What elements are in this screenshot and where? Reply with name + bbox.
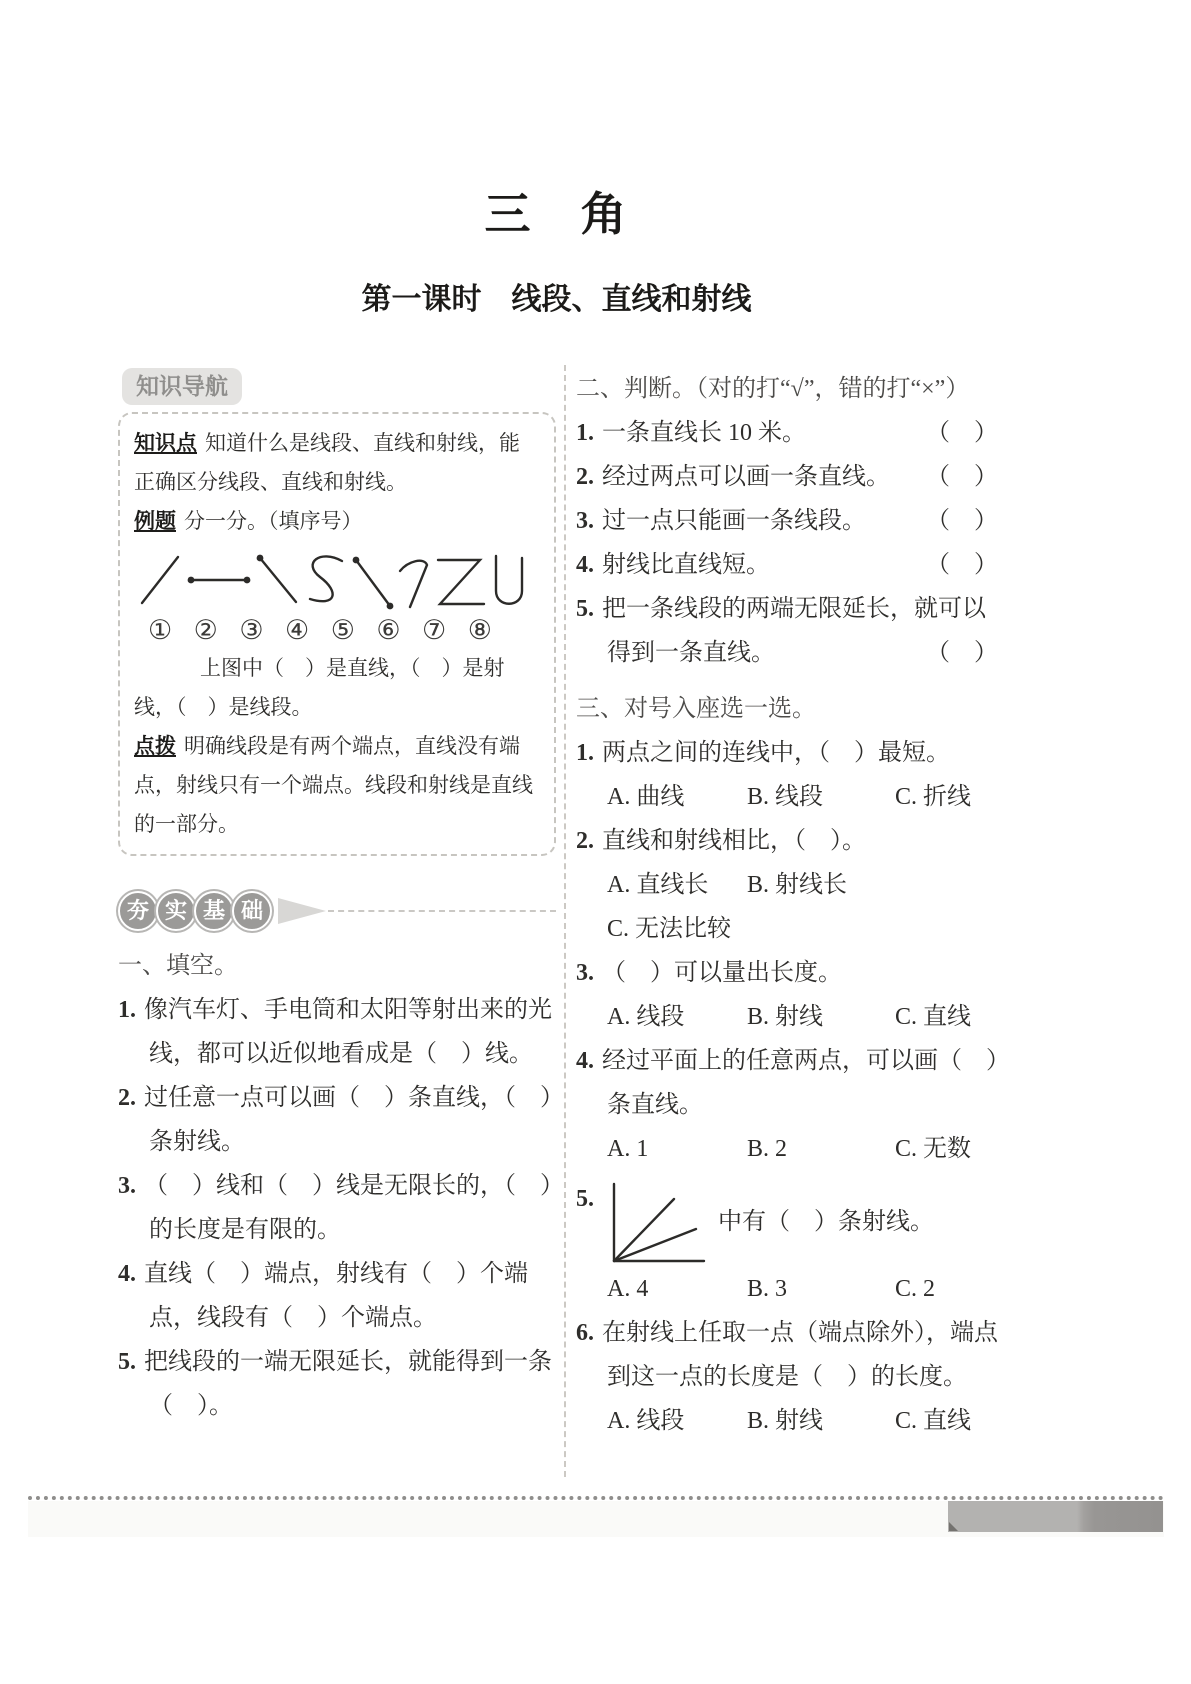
page-header: 三 角 第一课时 线段、直线和射线 [118, 178, 995, 318]
fill-item-text: 直线（ ）端点，射线有（ ）个端点，线段有（ ）个端点。 [144, 1261, 528, 1331]
choice-item-number: 2. [576, 828, 594, 854]
fill-item: 3.（ ）线和（ ）线是无限长的，（ ）的长度是有限的。 [118, 1164, 556, 1252]
choice-item-number: 6. [576, 1320, 594, 1346]
example-line: 例题分一分。（填序号） [134, 502, 540, 541]
example-text: 分一分。（填序号） [184, 509, 363, 533]
knowledge-box: 知识点知道什么是线段、直线和射线，能正确区分线段、直线和射线。 例题分一分。（填… [118, 412, 556, 856]
fill-item-number: 4. [118, 1261, 136, 1287]
tip: 点拨明确线段是有两个端点，直线没有端点，射线只有一个端点。线段和射线是直线的一部… [134, 727, 540, 844]
foundation-dashed-line [328, 910, 556, 912]
foundation-badge-char: 实 [156, 891, 196, 931]
fill-section-header: 一、填空。 [118, 944, 556, 988]
judge-section-header: 二、判断。（对的打“√”，错的打“×”） [576, 367, 1000, 411]
choice-item: 4.经过平面上的任意两点，可以画（ ）条直线。 [576, 1039, 1000, 1127]
choice-options: A. 线段 B. 射线 C. 直线 [576, 995, 1000, 1039]
z-shape-figure [438, 560, 484, 604]
workbook-page: 三 角 第一课时 线段、直线和射线 知识导航 知识点知道什么是线段、直线和射线，… [0, 0, 1191, 1684]
choice-item-text: 中有（ ）条射线。 [718, 1200, 934, 1244]
fill-item-number: 3. [118, 1173, 136, 1199]
fill-item: 2.过任意一点可以画（ ）条直线，（ ）条射线。 [118, 1076, 556, 1164]
u-curve-figure [496, 556, 522, 604]
choice-item: 1.两点之间的连线中，（ ）最短。 [576, 731, 1000, 775]
foundation-badge-char: 基 [194, 891, 234, 931]
choice-option: B. 射线 [747, 995, 895, 1039]
footer-dotted-line [28, 1496, 1164, 1500]
figure-number: ② [194, 613, 218, 647]
choice-option: B. 2 [747, 1127, 895, 1171]
judge-item: 2.经过两点可以画一条直线。（ ） [576, 455, 1000, 499]
choice-item: 5. 中有（ ）条射线。 [576, 1177, 1000, 1267]
choice-option: C. 无数 [895, 1127, 1000, 1171]
fill-item-number: 5. [118, 1349, 136, 1375]
choice-options: A. 线段 B. 射线 C. 直线 [576, 1399, 1000, 1443]
fill-item: 4.直线（ ）端点，射线有（ ）个端点，线段有（ ）个端点。 [118, 1252, 556, 1340]
fill-item: 1.像汽车灯、手电筒和太阳等射出来的光线，都可以近似地看成是（ ）线。 [118, 988, 556, 1076]
choice-option: C. 直线 [895, 995, 1000, 1039]
judge-item-text: 一条直线长 10 米。 [602, 420, 806, 446]
judge-item: 4.射线比直线短。（ ） [576, 543, 1000, 587]
judge-item: 5.把一条线段的两端无限延长，就可以得到一条直线。（ ） [576, 587, 1000, 675]
answer-bracket: （ ） [926, 631, 998, 675]
hook-curve-figure [400, 561, 427, 607]
knowledge-nav-badge: 知识导航 [122, 368, 242, 405]
choice-item-text: 在射线上任取一点（端点除外），端点到这一点的长度是（ ）的长度。 [602, 1320, 998, 1390]
choice-item-number: 1. [576, 740, 594, 766]
judge-item-number: 4. [576, 552, 594, 578]
content-columns: 知识导航 知识点知道什么是线段、直线和射线，能正确区分线段、直线和射线。 例题分… [118, 365, 1000, 1477]
left-column: 知识导航 知识点知道什么是线段、直线和射线，能正确区分线段、直线和射线。 例题分… [118, 365, 556, 1477]
answer-bracket: （ ） [926, 543, 998, 587]
choice-item-number: 3. [576, 960, 594, 986]
judge-item-number: 1. [576, 420, 594, 446]
tip-text: 明确线段是有两个端点，直线没有端点，射线只有一个端点。线段和射线是直线的一部分。 [134, 734, 533, 836]
figure-numbers-row: ① ② ③ ④ ⑤ ⑥ ⑦ ⑧ [148, 613, 492, 647]
choice-option: C. 折线 [895, 775, 1000, 819]
judge-item-number: 5. [576, 596, 594, 622]
choice-option: B. 3 [747, 1267, 895, 1311]
foundation-badge-char: 础 [232, 891, 272, 931]
foundation-badge-char: 夯 [118, 891, 158, 931]
choice-option: C. 直线 [895, 1399, 1000, 1443]
answer-bracket: （ ） [926, 411, 998, 455]
judge-item-number: 2. [576, 464, 594, 490]
choice-item-text: 两点之间的连线中，（ ）最短。 [602, 740, 950, 766]
choice-item: 3.（ ）可以量出长度。 [576, 951, 1000, 995]
choice-option: A. 线段 [607, 995, 747, 1039]
judge-item-number: 3. [576, 508, 594, 534]
example-question: 上图中（ ）是直线，（ ）是射线，（ ）是线段。 [134, 649, 540, 727]
judge-item: 1.一条直线长 10 米。（ ） [576, 411, 1000, 455]
choice-option: A. 4 [607, 1267, 747, 1311]
fill-item: 5.把线段的一端无限延长，就能得到一条（ ）。 [118, 1340, 556, 1428]
answer-bracket: （ ） [926, 499, 998, 543]
figure-number: ⑤ [331, 613, 355, 647]
choice-option: A. 1 [607, 1127, 747, 1171]
fill-item-text: 把线段的一端无限延长，就能得到一条（ ）。 [144, 1349, 552, 1419]
choice-options: A. 1 B. 2 C. 无数 [576, 1127, 1000, 1171]
s-curve-figure [310, 556, 342, 601]
example-label: 例题 [134, 510, 176, 533]
choice-option: A. 直线长 [607, 863, 747, 907]
choice-options: A. 4 B. 3 C. 2 [576, 1267, 1000, 1311]
example-figures-row [134, 549, 522, 611]
choice-option: B. 线段 [747, 775, 895, 819]
choice-option: B. 射线 [747, 1399, 895, 1443]
choice-item-number: 5. [576, 1177, 594, 1221]
figure-number: ④ [285, 613, 309, 647]
choice-item-number: 4. [576, 1048, 594, 1074]
figure-number: ① [148, 613, 172, 647]
choice-options: C. 无法比较 [576, 907, 1000, 951]
footer-gray-bar [948, 1501, 1163, 1532]
foundation-arrow-icon [278, 898, 326, 924]
choice-item-text: （ ）可以量出长度。 [602, 960, 842, 986]
judge-item: 3.过一点只能画一条线段。（ ） [576, 499, 1000, 543]
figure-number: ⑥ [376, 613, 400, 647]
ray-figure [257, 555, 296, 602]
knowledge-point: 知识点知道什么是线段、直线和射线，能正确区分线段、直线和射线。 [134, 424, 540, 502]
choice-item-text: 经过平面上的任意两点，可以画（ ）条直线。 [602, 1048, 998, 1118]
choice-options: A. 直线长 B. 射线长 [576, 863, 1000, 907]
fill-item-number: 2. [118, 1085, 136, 1111]
figure-number: ⑧ [468, 613, 492, 647]
fill-item-text: （ ）线和（ ）线是无限长的，（ ）的长度是有限的。 [144, 1173, 552, 1243]
choice-option: A. 线段 [607, 1399, 747, 1443]
figure-number: ⑦ [422, 613, 446, 647]
choice-option: A. 曲线 [607, 775, 747, 819]
choice-item: 2.直线和射线相比，（ ）。 [576, 819, 1000, 863]
choice-item: 6.在射线上任取一点（端点除外），端点到这一点的长度是（ ）的长度。 [576, 1311, 1000, 1399]
choice-option: C. 无法比较 [607, 907, 747, 951]
judge-item-text: 经过两点可以画一条直线。 [602, 464, 890, 490]
choice-option: C. 2 [895, 1267, 1000, 1311]
slanted-segment-figure [353, 557, 394, 610]
right-column: 二、判断。（对的打“√”，错的打“×”） 1.一条直线长 10 米。（ ） 2.… [564, 365, 1000, 1477]
fill-item-number: 1. [118, 997, 136, 1023]
foundation-badge: 夯 实 基 础 [118, 890, 556, 932]
choice-section-header: 三、对号入座选一选。 [576, 687, 1000, 731]
answer-bracket: （ ） [926, 455, 998, 499]
fill-item-text: 过任意一点可以画（ ）条直线，（ ）条射线。 [144, 1085, 552, 1155]
tip-label: 点拨 [134, 735, 176, 758]
segment-figure [188, 577, 251, 584]
straight-line-figure [142, 557, 178, 603]
judge-item-text: 过一点只能画一条线段。 [602, 508, 866, 534]
page-title: 三 角 [118, 178, 995, 244]
choice-options: A. 曲线 B. 线段 C. 折线 [576, 775, 1000, 819]
judge-item-text: 射线比直线短。 [602, 552, 770, 578]
choice-option: B. 射线长 [747, 863, 895, 907]
choice-item-text: 直线和射线相比，（ ）。 [602, 828, 866, 854]
fill-item-text: 像汽车灯、手电筒和太阳等射出来的光线，都可以近似地看成是（ ）线。 [144, 997, 552, 1067]
figure-number: ③ [239, 613, 263, 647]
lesson-title: 第一课时 线段、直线和射线 [118, 274, 995, 318]
rays-figure [604, 1181, 706, 1267]
knowledge-point-label: 知识点 [134, 432, 197, 455]
